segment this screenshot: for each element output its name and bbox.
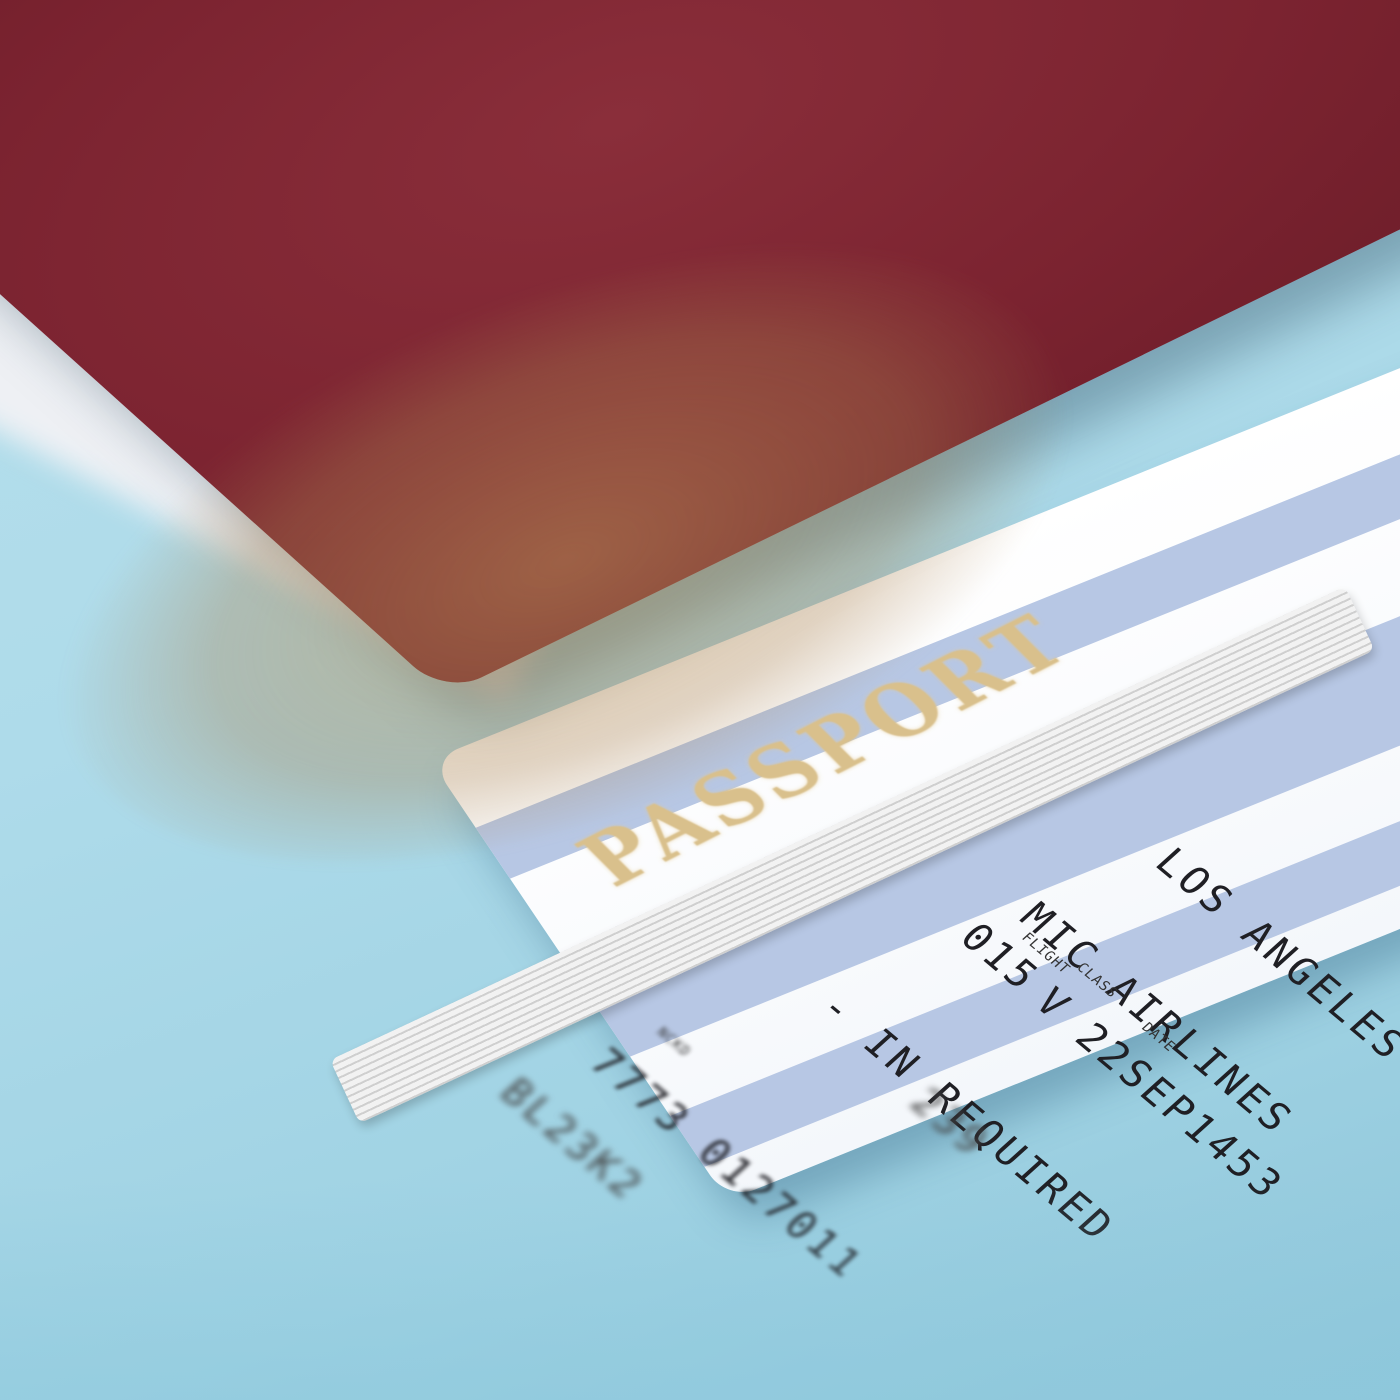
photo-scene: LOS ANGELES MIC AIRLINES 015 FLIGHT CLAS… — [0, 0, 1400, 1400]
table-surface — [0, 1180, 1400, 1400]
